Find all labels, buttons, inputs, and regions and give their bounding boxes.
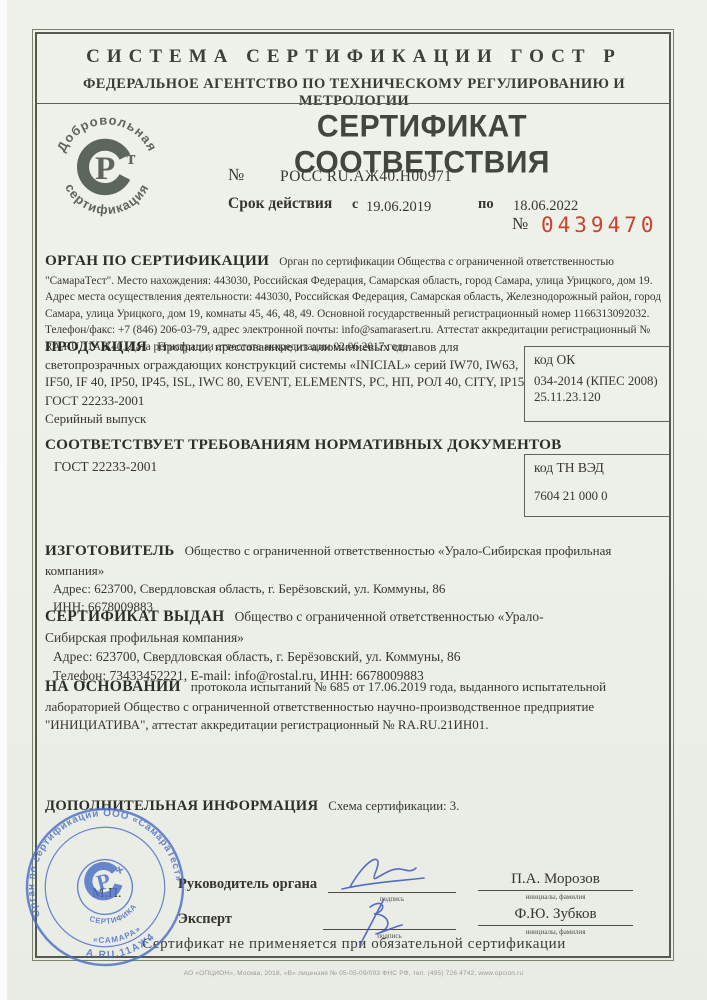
code-tnved-label: код ТН ВЭД [534, 460, 665, 476]
production-section: ПРОДУКЦИЯПрофили, прессованные из алюмин… [45, 337, 531, 428]
system-line: СИСТЕМА СЕРТИФИКАЦИИ ГОСТ Р [40, 46, 668, 68]
production-issue-type: Серийный выпуск [45, 411, 531, 428]
validity-from-label: с [352, 197, 358, 213]
code-ok-line1: 034-2014 (КПЕС 2008) [534, 374, 665, 390]
cert-number-label: № [228, 165, 244, 185]
certificate-page: СИСТЕМА СЕРТИФИКАЦИИ ГОСТ Р ФЕДЕРАЛЬНОЕ … [0, 0, 707, 1000]
agency-line: ФЕДЕРАЛЬНОЕ АГЕНТСТВО ПО ТЕХНИЧЕСКОМУ РЕ… [40, 76, 668, 110]
manufacturer-heading: ИЗГОТОВИТЕЛЬ [45, 542, 175, 559]
validity-to-label: по [478, 196, 494, 213]
blank-number-value: 0439470 [541, 213, 658, 237]
code-tnved-value: 7604 21 000 0 [534, 489, 665, 505]
expert-name-caption: инициалы, фамилия [478, 928, 633, 936]
manufacturer-section: ИЗГОТОВИТЕЛЬОбщество с ограниченной отве… [45, 541, 665, 616]
rst-voluntary-certification-icon: Добровольная сертификация Р т [46, 106, 168, 226]
validity-from-date: 19.06.2019 [366, 199, 431, 216]
code-ok-line2: 25.11.23.120 [534, 390, 665, 406]
expert-signature-scribble [360, 899, 402, 945]
manufacturer-address: Адрес: 623700, Свердловская область, г. … [53, 580, 665, 598]
stamp-letter-t: + [114, 862, 126, 880]
head-signature-scribble [342, 859, 424, 889]
compliance-heading: СООТВЕТСТВУЕТ ТРЕБОВАНИЯМ НОРМАТИВНЫХ ДО… [45, 436, 561, 454]
head-name: П.А. Морозов [478, 871, 633, 891]
code-tnved-box: код ТН ВЭД 7604 21 000 0 [524, 454, 671, 517]
logo-letter-t: т [126, 148, 135, 168]
production-gost: ГОСТ 22233-2001 [45, 393, 531, 410]
production-heading: ПРОДУКЦИЯ [45, 338, 147, 355]
issued-to-section: СЕРТИФИКАТ ВЫДАНОбщество с ограниченной … [45, 606, 605, 686]
additional-info-text: Схема сертификации: 3. [328, 799, 459, 813]
code-ok-box: код ОК 034-2014 (КПЕС 2008) 25.11.23.120 [524, 346, 671, 422]
validity-label: Срок действия [228, 195, 332, 213]
handwritten-signatures [312, 845, 492, 950]
header-divider [37, 103, 669, 104]
issued-to-heading: СЕРТИФИКАТ ВЫДАН [45, 608, 225, 625]
basis-section: НА ОСНОВАНИИпротокола испытаний № 685 от… [45, 676, 659, 734]
code-ok-label: код ОК [534, 352, 665, 368]
print-house-footer: АО «ОПЦИОН», Москва, 2018, «В» лицензия … [0, 970, 707, 977]
compliance-value: ГОСТ 22233-2001 [54, 459, 157, 475]
blank-number-label: № [512, 214, 528, 234]
basis-heading: НА ОСНОВАНИИ [45, 678, 181, 695]
issued-to-address: Адрес: 623700, Свердловская область, г. … [53, 647, 605, 666]
head-signature-label: Руководитель органа [178, 876, 317, 893]
logo-letter-p: Р [95, 150, 115, 187]
certification-body-heading: ОРГАН ПО СЕРТИФИКАЦИИ [45, 252, 269, 269]
expert-name: Ф.Ю. Зубков [478, 906, 633, 926]
cert-number-value: РОСС RU.АЖ40.Н00971 [280, 168, 452, 186]
head-name-caption: инициалы, фамилия [478, 893, 633, 901]
